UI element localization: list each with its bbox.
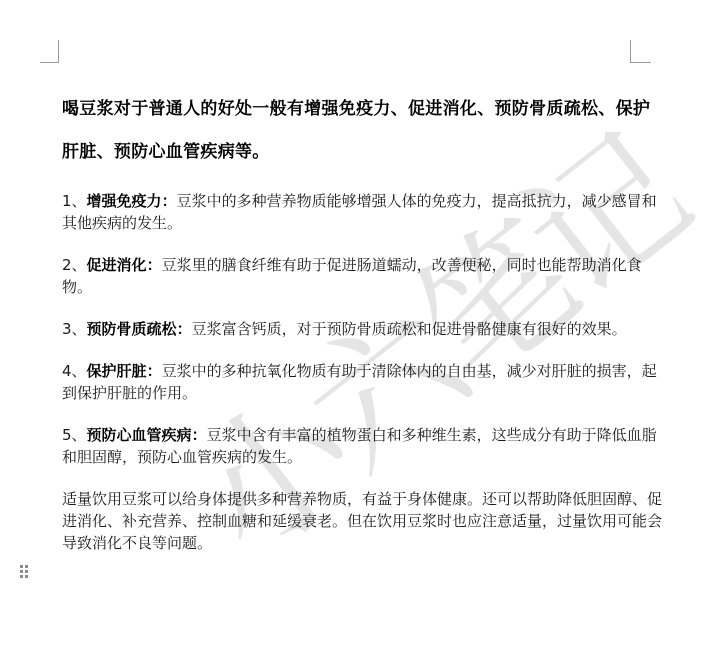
item-keyword: 预防骨质疏松 [87,320,177,338]
document-page: 小六笔记 喝豆浆对于普通人的好处一般有增强免疫力、促进消化、预防骨质疏松、保护肝… [0,0,713,649]
item-keyword: 保护肝脏 [87,362,147,380]
item-keyword: 预防心血管疾病 [87,426,192,444]
margin-corner-top-right [630,40,651,63]
item-text: 豆浆富含钙质，对于预防骨质疏松和促进骨骼健康有很好的效果。 [192,320,627,338]
summary-paragraph: 适量饮用豆浆可以给身体提供多种营养物质，有益于身体健康。还可以帮助降低胆固醇、促… [62,488,662,554]
handle-dot [20,570,23,573]
handle-dot [25,575,28,578]
item-number: 4、 [62,362,87,380]
item-separator: ： [177,320,192,338]
item-number: 3、 [62,320,87,338]
benefit-item-1: 1、增强免疫力：豆浆中的多种营养物质能够增强人体的免疫力，提高抵抗力，减少感冒和… [62,190,662,234]
item-number: 2、 [62,256,87,274]
drag-handle-icon[interactable] [20,565,28,579]
handle-dot [20,575,23,578]
benefit-item-5: 5、预防心血管疾病：豆浆中含有丰富的植物蛋白和多种维生素，这些成分有助于降低血脂… [62,424,662,468]
item-number: 5、 [62,426,87,444]
margin-corner-top-left [40,40,59,63]
handle-dot [25,570,28,573]
benefit-item-3: 3、预防骨质疏松：豆浆富含钙质，对于预防骨质疏松和促进骨骼健康有很好的效果。 [62,318,662,340]
intro-heading: 喝豆浆对于普通人的好处一般有增强免疫力、促进消化、预防骨质疏松、保护肝脏、预防心… [62,88,662,174]
item-separator: ： [162,192,177,210]
document-body[interactable]: 喝豆浆对于普通人的好处一般有增强免疫力、促进消化、预防骨质疏松、保护肝脏、预防心… [62,88,662,554]
handle-dot [25,565,28,568]
benefit-item-2: 2、促进消化：豆浆里的膳食纤维有助于促进肠道蠕动，改善便秘，同时也能帮助消化食物… [62,254,662,298]
benefit-item-4: 4、保护肝脏：豆浆中的多种抗氧化物质有助于清除体内的自由基，减少对肝脏的损害，起… [62,360,662,404]
item-keyword: 促进消化 [87,256,147,274]
item-separator: ： [147,362,162,380]
handle-dot [20,565,23,568]
item-keyword: 增强免疫力 [87,192,162,210]
item-number: 1、 [62,192,87,210]
item-separator: ： [192,426,207,444]
item-separator: ： [147,256,162,274]
